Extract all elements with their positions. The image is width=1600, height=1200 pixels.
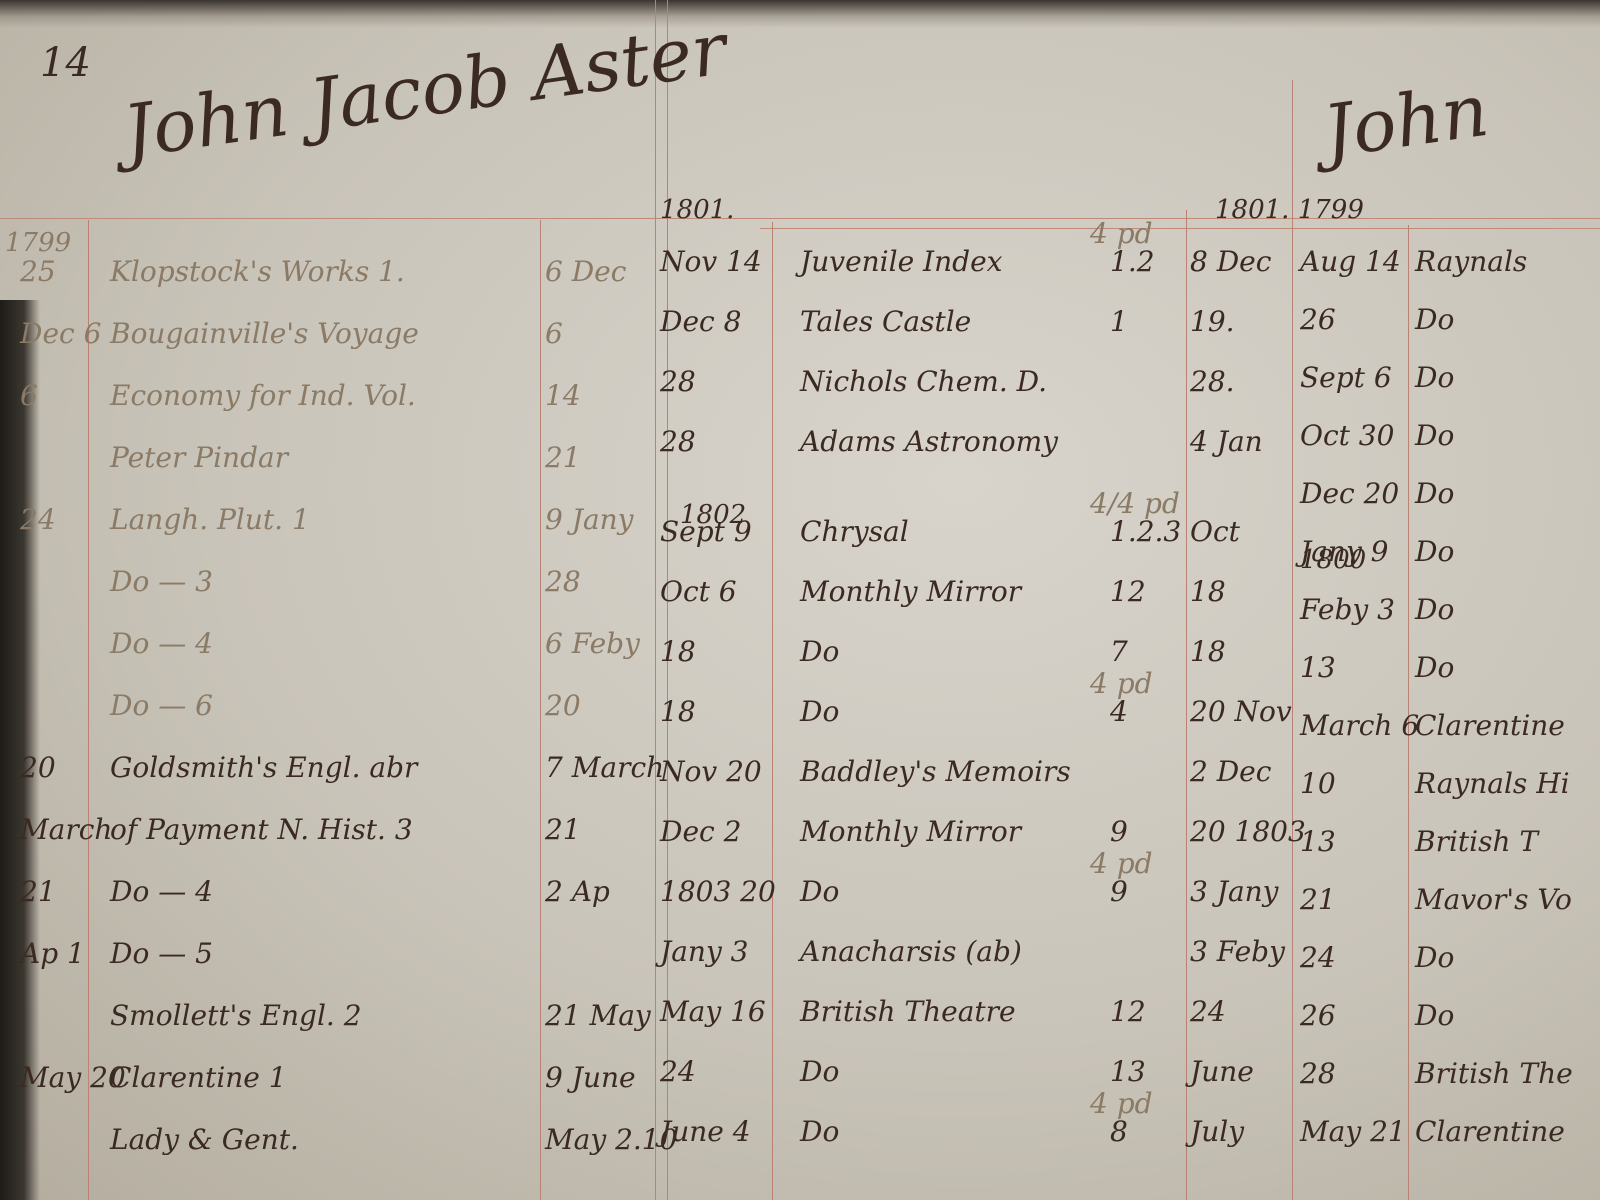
row-entry: Adams Astronomy: [800, 425, 1058, 458]
row-entry: Tales Castle: [800, 305, 971, 338]
row-entry: Do: [1415, 303, 1454, 336]
row-ref: 4 Jan: [1190, 425, 1263, 458]
row-entry: Do: [1415, 361, 1454, 394]
row-date: Sept 6: [1300, 361, 1392, 394]
row-entry: Do: [1415, 593, 1454, 626]
row-date: 10: [1300, 767, 1336, 800]
row-date: 21: [1300, 883, 1336, 916]
row-date: Aug 14: [1300, 245, 1401, 278]
row-date: Nov 20: [660, 755, 762, 788]
left-header-title: John Jacob Aster: [118, 6, 731, 174]
row-entry: Do: [1415, 477, 1454, 510]
row-date: 25: [20, 255, 56, 288]
row-ref: 20: [545, 689, 581, 722]
row-entry: Do: [800, 1115, 839, 1148]
row-date: March 6: [1300, 709, 1419, 742]
row-entry: British The: [1415, 1057, 1573, 1090]
row-paid-mark: 4/4 pd: [1090, 487, 1180, 520]
row-date: Oct 6: [660, 575, 737, 608]
row-entry: Clarentine: [1415, 709, 1565, 742]
row-entry: Do: [800, 695, 839, 728]
row-date: Ap 1: [20, 937, 85, 970]
row-entry: Monthly Mirror: [800, 575, 1021, 608]
row-entry: Do — 5: [110, 937, 213, 970]
row-date: Nov 14: [660, 245, 762, 278]
row-ref: July: [1190, 1115, 1244, 1148]
row-date: 26: [1300, 999, 1336, 1032]
row-date: Jany 3: [660, 935, 748, 968]
row-paid-mark: 4 pd: [1090, 667, 1153, 700]
row-ref: 28.: [1190, 365, 1235, 398]
row-date: 1803 20: [660, 875, 776, 908]
row-date: 20: [20, 751, 56, 784]
row-ref: 6 Dec: [545, 255, 626, 288]
row-date: Jany 9: [1300, 535, 1388, 568]
row-date: 21: [20, 875, 56, 908]
row-ref: 18: [1190, 575, 1226, 608]
row-entry: Do: [800, 875, 839, 908]
row-ref: 6 Feby: [545, 627, 640, 660]
row-volume: 12: [1110, 995, 1146, 1028]
row-date: May 21: [1300, 1115, 1406, 1148]
row-entry: Klopstock's Works 1.: [110, 255, 405, 288]
row-entry: Goldsmith's Engl. abr: [110, 751, 417, 784]
row-ref: 24: [1190, 995, 1226, 1028]
left-margin-rule: [88, 220, 89, 1200]
row-entry: British Theatre: [800, 995, 1016, 1028]
row-entry: Langh. Plut. 1: [110, 503, 310, 536]
middle-ref-rule: [1186, 210, 1187, 1200]
row-ref: 2 Dec: [1190, 755, 1271, 788]
row-ref: Oct: [1190, 515, 1240, 548]
row-ref: 20 Nov: [1190, 695, 1292, 728]
row-entry: Smollett's Engl. 2: [110, 999, 362, 1032]
row-date: 28: [660, 365, 696, 398]
row-entry: Economy for Ind. Vol.: [110, 379, 416, 412]
row-paid-mark: 4 pd: [1090, 847, 1153, 880]
row-entry: Do: [1415, 999, 1454, 1032]
row-entry: Lady & Gent.: [110, 1123, 299, 1156]
header-rule-2: [760, 228, 1600, 229]
row-entry: Anacharsis (ab): [800, 935, 1022, 968]
row-ref: 21: [545, 441, 581, 474]
right-header-title: John: [1318, 68, 1493, 174]
left-ref-rule: [540, 220, 541, 1200]
row-ref: 2 Ap: [545, 875, 610, 908]
row-date: 26: [1300, 303, 1336, 336]
row-entry: of Payment N. Hist. 3: [110, 813, 413, 846]
row-ref: May 2.10: [545, 1123, 677, 1156]
row-date: March: [20, 813, 112, 846]
row-entry: Chrysal: [800, 515, 909, 548]
page-fold-rule: [655, 0, 656, 1200]
row-volume: 1: [1110, 305, 1128, 338]
right-margin-rule: [1292, 80, 1293, 1200]
row-paid-mark: 4 pd: [1090, 217, 1153, 250]
row-entry: Nichols Chem. D.: [800, 365, 1047, 398]
row-ref: 7 March: [545, 751, 664, 784]
row-entry: Clarentine 1: [110, 1061, 287, 1094]
row-date: Dec 20: [1300, 477, 1399, 510]
left-year-label: 1799: [5, 228, 71, 258]
row-entry: Clarentine: [1415, 1115, 1565, 1148]
row-volume: 7: [1110, 635, 1128, 668]
row-entry: Do: [1415, 535, 1454, 568]
row-date: 18: [660, 695, 696, 728]
row-ref: 3 Jany: [1190, 875, 1278, 908]
row-ref: 19.: [1190, 305, 1235, 338]
row-entry: Do — 3: [110, 565, 213, 598]
row-date: 18: [660, 635, 696, 668]
row-entry: Do — 4: [110, 875, 213, 908]
page-number: 14: [40, 40, 91, 86]
row-date: 28: [1300, 1057, 1336, 1090]
row-volume: 13: [1110, 1055, 1146, 1088]
row-entry: Bougainville's Voyage: [110, 317, 419, 350]
row-entry: Peter Pindar: [110, 441, 288, 474]
row-date: 13: [1300, 651, 1336, 684]
row-entry: Do: [800, 1055, 839, 1088]
row-date: Dec 2: [660, 815, 741, 848]
row-date: 13: [1300, 825, 1336, 858]
row-volume: 9: [1110, 815, 1128, 848]
right-year-label: 1801. 1799: [1215, 195, 1364, 225]
row-ref: 3 Feby: [1190, 935, 1285, 968]
row-entry: Mavor's Vo: [1415, 883, 1572, 916]
row-ref: 8 Dec: [1190, 245, 1271, 278]
row-volume: 12: [1110, 575, 1146, 608]
row-date: 24: [1300, 941, 1336, 974]
row-date: Oct 30: [1300, 419, 1394, 452]
row-entry: Do: [1415, 419, 1454, 452]
row-ref: 28: [545, 565, 581, 598]
row-entry: Monthly Mirror: [800, 815, 1021, 848]
row-entry: Raynals Hi: [1415, 767, 1570, 800]
row-entry: Raynals: [1415, 245, 1527, 278]
ledger-page: 14 John Jacob Aster John 1799 25Klopstoc…: [0, 0, 1600, 1200]
row-date: 24: [20, 503, 56, 536]
row-ref: 9 Jany: [545, 503, 633, 536]
row-ref: 20 1803: [1190, 815, 1306, 848]
row-date: May 16: [660, 995, 766, 1028]
row-entry: Do: [1415, 651, 1454, 684]
row-entry: Do: [800, 635, 839, 668]
row-date: Sept 9: [660, 515, 752, 548]
row-entry: British T: [1415, 825, 1538, 858]
row-ref: 14: [545, 379, 581, 412]
row-ref: 6: [545, 317, 563, 350]
row-date: 6: [20, 379, 38, 412]
middle-year-1801: 1801.: [660, 195, 734, 225]
page-edge-shadow: [0, 0, 1600, 28]
row-entry: Do: [1415, 941, 1454, 974]
row-entry: Baddley's Memoirs: [800, 755, 1071, 788]
row-date: June 4: [660, 1115, 751, 1148]
row-date: Dec 6: [20, 317, 101, 350]
row-entry: Do — 6: [110, 689, 213, 722]
row-date: Feby 3: [1300, 593, 1395, 626]
row-date: 28: [660, 425, 696, 458]
row-ref: 21: [545, 813, 581, 846]
row-ref: 21 May: [545, 999, 651, 1032]
row-date: Dec 8: [660, 305, 741, 338]
middle-date-rule: [772, 222, 773, 1200]
row-ref: June: [1190, 1055, 1254, 1088]
row-date: 24: [660, 1055, 696, 1088]
row-ref: 9 June: [545, 1061, 636, 1094]
row-entry: Do — 4: [110, 627, 213, 660]
row-entry: Juvenile Index: [800, 245, 1002, 278]
row-ref: 18: [1190, 635, 1226, 668]
row-paid-mark: 4 pd: [1090, 1087, 1153, 1120]
